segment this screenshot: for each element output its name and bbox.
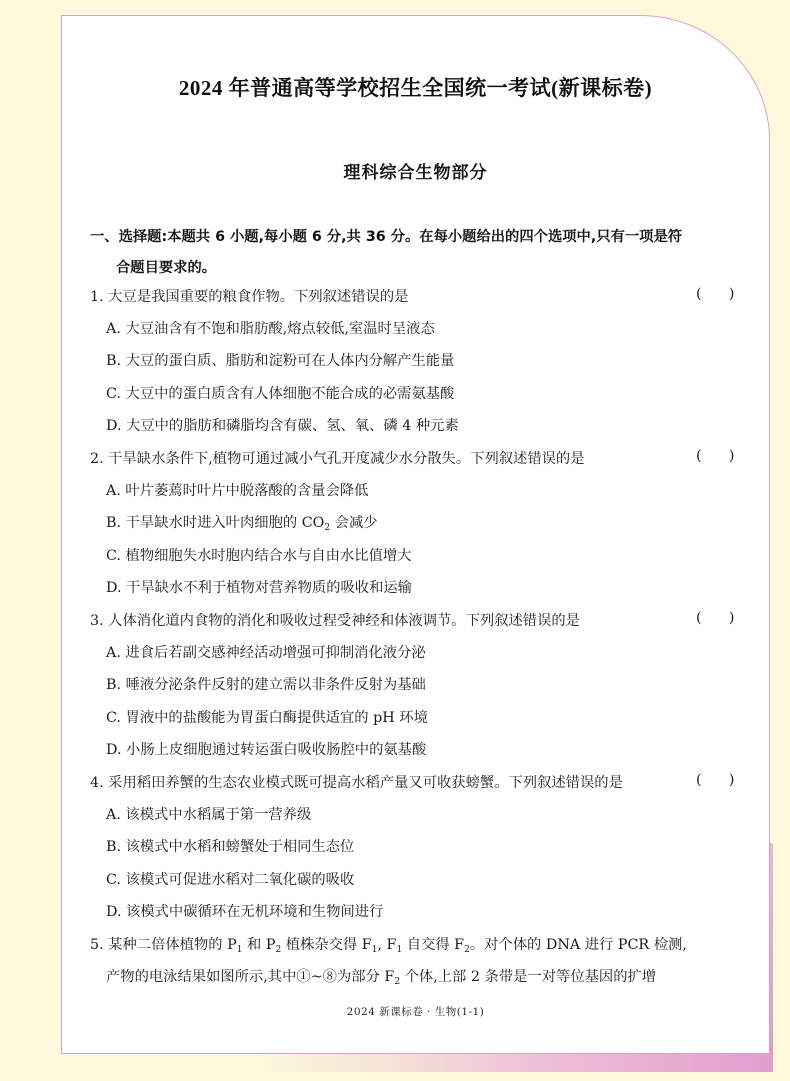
page-bottom-decoration [250, 1054, 773, 1072]
text: 自交得 F [402, 937, 464, 953]
question-1-option-c: C. 大豆中的蛋白质含有人体细胞不能合成的必需氨基酸 [106, 383, 454, 403]
page-footer: 2024 新课标卷 · 生物(1-1) [62, 1004, 769, 1019]
question-2-option-a: A. 叶片萎蔫时叶片中脱落酸的含量会降低 [106, 480, 368, 500]
question-2-option-d: D. 干旱缺水不利于植物对营养物质的吸收和运输 [106, 577, 412, 597]
text: 个体,上部 2 条带是一对等位基因的扩增 [400, 969, 656, 985]
question-2-stem: 2. 干旱缺水条件下,植物可通过减小气孔开度减少水分散失。下列叙述错误的是 [90, 448, 585, 468]
question-1-option-d: D. 大豆中的脂肪和磷脂均含有碳、氢、氧、磷 4 种元素 [106, 415, 459, 435]
question-3-stem: 3. 人体消化道内食物的消化和吸收过程受神经和体液调节。下列叙述错误的是 [90, 610, 580, 630]
question-4-option-b: B. 该模式中水稻和螃蟹处于相同生态位 [106, 836, 354, 856]
question-1-option-b: B. 大豆的蛋白质、脂肪和淀粉可在人体内分解产生能量 [106, 350, 454, 370]
question-4-answer-blank: ( ) [696, 772, 734, 788]
text: 。对个体的 DNA 进行 PCR 检测, [470, 937, 687, 953]
question-1-option-a: A. 大豆油含有不饱和脂肪酸,熔点较低,室温时呈液态 [106, 318, 435, 338]
section-header-line2: 合题目要求的。 [90, 253, 750, 284]
question-5-stem-line2: 产物的电泳结果如图所示,其中①~⑧为部分 F2 个体,上部 2 条带是一对等位基… [106, 966, 656, 986]
section-header: 一、选择题:本题共 6 小题,每小题 6 分,共 36 分。在每小题给出的四个选… [90, 222, 750, 284]
text: 产物的电泳结果如图所示,其中①~⑧为部分 F [106, 969, 394, 985]
question-2-option-c: C. 植物细胞失水时胞内结合水与自由水比值增大 [106, 545, 411, 565]
question-3-option-c: C. 胃液中的盐酸能为胃蛋白酶提供适宜的 pH 环境 [106, 707, 428, 727]
question-1-answer-blank: ( ) [696, 286, 734, 302]
exam-title: 2024 年普通高等学校招生全国统一考试(新课标卷) [62, 72, 769, 102]
question-1-stem: 1. 大豆是我国重要的粮食作物。下列叙述错误的是 [90, 286, 408, 306]
question-4-option-c: C. 该模式可促进水稻对二氧化碳的吸收 [106, 869, 354, 889]
exam-page: 2024 年普通高等学校招生全国统一考试(新课标卷) 理科综合生物部分 一、选择… [61, 15, 770, 1054]
section-header-line1: 一、选择题:本题共 6 小题,每小题 6 分,共 36 分。在每小题给出的四个选… [90, 229, 682, 245]
question-3-option-a: A. 进食后若副交感神经活动增强可抑制消化液分泌 [106, 642, 426, 662]
option-b-text: B. 干旱缺水时进入叶肉细胞的 CO [106, 515, 324, 531]
text: 5. 某种二倍体植物的 P [90, 937, 237, 953]
question-2-answer-blank: ( ) [696, 448, 734, 464]
question-5-stem: 5. 某种二倍体植物的 P1 和 P2 植株杂交得 F1, F1 自交得 F2。… [90, 934, 687, 954]
text: 植株杂交得 F [281, 937, 372, 953]
text: 和 P [242, 937, 275, 953]
text: , F [377, 937, 396, 953]
question-4-option-a: A. 该模式中水稻属于第一营养级 [106, 804, 311, 824]
question-3-answer-blank: ( ) [696, 610, 734, 626]
question-3-option-b: B. 唾液分泌条件反射的建立需以非条件反射为基础 [106, 674, 426, 694]
exam-subtitle: 理科综合生物部分 [62, 158, 769, 183]
question-2-option-b: B. 干旱缺水时进入叶肉细胞的 CO2 会减少 [106, 512, 378, 532]
question-4-stem: 4. 采用稻田养蟹的生态农业模式既可提高水稻产量又可收获螃蟹。下列叙述错误的是 [90, 772, 623, 792]
question-4-option-d: D. 该模式中碳循环在无机环境和生物间进行 [106, 901, 383, 921]
question-3-option-d: D. 小肠上皮细胞通过转运蛋白吸收肠腔中的氨基酸 [106, 739, 426, 759]
option-b-tail: 会减少 [330, 515, 377, 531]
